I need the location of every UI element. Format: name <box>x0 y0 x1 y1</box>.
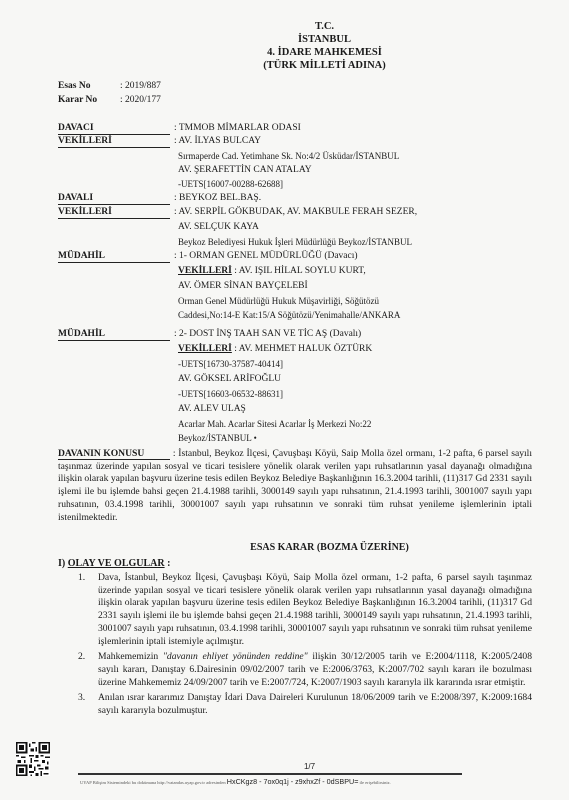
mudahil2-vekil-row: VEKİLLERİ : AV. MEHMET HALUK ÖZTÜRK <box>178 344 372 355</box>
mudahil1-address-1: Orman Genel Müdürlüğü Hukuk Müşavirliği,… <box>178 296 379 307</box>
mudahil1-address-2: Caddesi,No:14-E Kat:15/A Söğütözü/Yenima… <box>178 310 400 321</box>
dava-konusu: DAVANIN KONUSU : İstanbul, Beykoz İlçesi… <box>58 448 532 524</box>
decision-title: ESAS KARAR (BOZMA ÜZERİNE) <box>0 542 569 553</box>
header-city: İSTANBUL <box>80 33 569 46</box>
davaci-value: : TMMOB MİMARLAR ODASI <box>174 123 301 134</box>
item-text: Anılan ısrar kararımız Danıştay İdari Da… <box>98 692 532 716</box>
header-tc: T.C. <box>80 20 569 33</box>
footer-divider <box>78 773 462 775</box>
mudahil1-vekil-label: VEKİLLERİ <box>178 266 232 276</box>
mudahil1-vekil-2: AV. ÖMER SİNAN BAYÇELEBİ <box>178 281 308 292</box>
list-item: 2. Mahkememizin "davanın ehliyet yönünde… <box>78 651 532 689</box>
mudahil2-line-6: Beykoz/İSTANBUL • <box>178 433 257 444</box>
item-number: 1. <box>78 572 85 585</box>
davali-vekil-label: VEKİLLERİ <box>58 207 170 219</box>
davaci-vekil-uets: -UETS[16007-00288-62688] <box>178 179 283 190</box>
esas-value: : 2019/887 <box>120 81 161 91</box>
footer-text: UYAP Bilişim Sistemindeki bu dokümana ht… <box>80 780 226 785</box>
mudahil2-line-3: -UETS[16603-06532-88631] <box>178 389 283 400</box>
item-number: 3. <box>78 692 85 705</box>
esas-label: Esas No <box>58 81 90 91</box>
mudahil2-vekil-value: : AV. MEHMET HALUK ÖZTÜRK <box>232 344 372 354</box>
mudahil2-line-5: Acarlar Mah. Acarlar Sitesi Acarlar İş M… <box>178 419 371 430</box>
davali-vekil-2: AV. SELÇUK KAYA <box>178 222 259 233</box>
section-olay-olgular: I) OLAY VE OLGULAR : <box>58 558 170 569</box>
mudahil2-line-1: -UETS[16730-37587-40414] <box>178 359 283 370</box>
davali-label: DAVALI <box>58 193 170 205</box>
facts-list: 1. Dava, İstanbul, Beykoz İlçesi, Çavuşb… <box>78 572 532 721</box>
list-item: 1. Dava, İstanbul, Beykoz İlçesi, Çavuşb… <box>78 572 532 648</box>
mudahil1-label: MÜDAHİL <box>58 251 170 263</box>
footer-suffix: ile erişebilirsiniz. <box>360 780 391 785</box>
item-text-italic: "davanın ehliyet yönünden reddine" <box>163 651 308 662</box>
section-suffix: : <box>165 558 171 569</box>
mudahil2-line-2: AV. GÖKSEL ARİFOĞLU <box>178 374 281 385</box>
section-title: OLAY VE OLGULAR <box>68 558 165 569</box>
davaci-vekil-value: : AV. İLYAS BULCAY <box>174 136 261 147</box>
karar-value: : 2020/177 <box>120 95 161 105</box>
davaci-vekil-label: VEKİLLERİ <box>58 136 170 148</box>
davaci-label: DAVACI <box>58 123 170 135</box>
esas-no: Esas No : 2019/887 <box>58 81 90 91</box>
header-nation: (TÜRK MİLLETİ ADINA) <box>80 59 569 72</box>
mudahil2-label: MÜDAHİL <box>58 329 170 341</box>
davaci-vekil-address: Sırmaperde Cad. Yetimhane Sk. No:4/2 Üsk… <box>178 151 399 162</box>
section-prefix: I) <box>58 558 68 569</box>
mudahil1-vekil-value: : AV. IŞIL HİLAL SOYLU KURT, <box>232 266 366 276</box>
mudahil2-line-4: AV. ALEV ULAŞ <box>178 404 246 415</box>
konusu-label: DAVANIN KONUSU <box>58 448 170 460</box>
item-text-before: Mahkememizin <box>98 651 163 662</box>
footer-verification: UYAP Bilişim Sistemindeki bu dokümana ht… <box>80 777 480 786</box>
davali-vekil-address: Beykoz Belediyesi Hukuk İşleri Müdürlüğü… <box>178 237 412 248</box>
davali-value: : BEYKOZ BEL.BAŞ. <box>174 193 261 204</box>
page-number: 1/7 <box>0 762 569 771</box>
verification-code: HxCKgz8 - 7ox0q1j - z9xhxZf - 0dSBPU= <box>227 777 359 786</box>
item-number: 2. <box>78 651 85 664</box>
mudahil1-value: : 1- ORMAN GENEL MÜDÜRLÜĞÜ (Davacı) <box>174 251 358 262</box>
court-header: T.C. İSTANBUL 4. İDARE MAHKEMESİ (TÜRK M… <box>0 20 569 72</box>
davali-vekil-value: : AV. SERPİL GÖKBUDAK, AV. MAKBULE FERAH… <box>174 207 417 218</box>
karar-no: Karar No : 2020/177 <box>58 95 97 105</box>
item-text: Dava, İstanbul, Beykoz İlçesi, Çavuşbaşı… <box>98 572 532 647</box>
mudahil2-value: : 2- DOST İNŞ TAAH SAN VE TİC AŞ (Davalı… <box>174 329 361 340</box>
mudahil1-vekil-row: VEKİLLERİ : AV. IŞIL HİLAL SOYLU KURT, <box>178 266 366 277</box>
davaci-vekil-2: AV. ŞERAFETTİN CAN ATALAY <box>178 165 312 176</box>
header-court: 4. İDARE MAHKEMESİ <box>80 46 569 59</box>
karar-label: Karar No <box>58 95 97 105</box>
list-item: 3. Anılan ısrar kararımız Danıştay İdari… <box>78 692 532 717</box>
mudahil2-vekil-label: VEKİLLERİ <box>178 344 232 354</box>
